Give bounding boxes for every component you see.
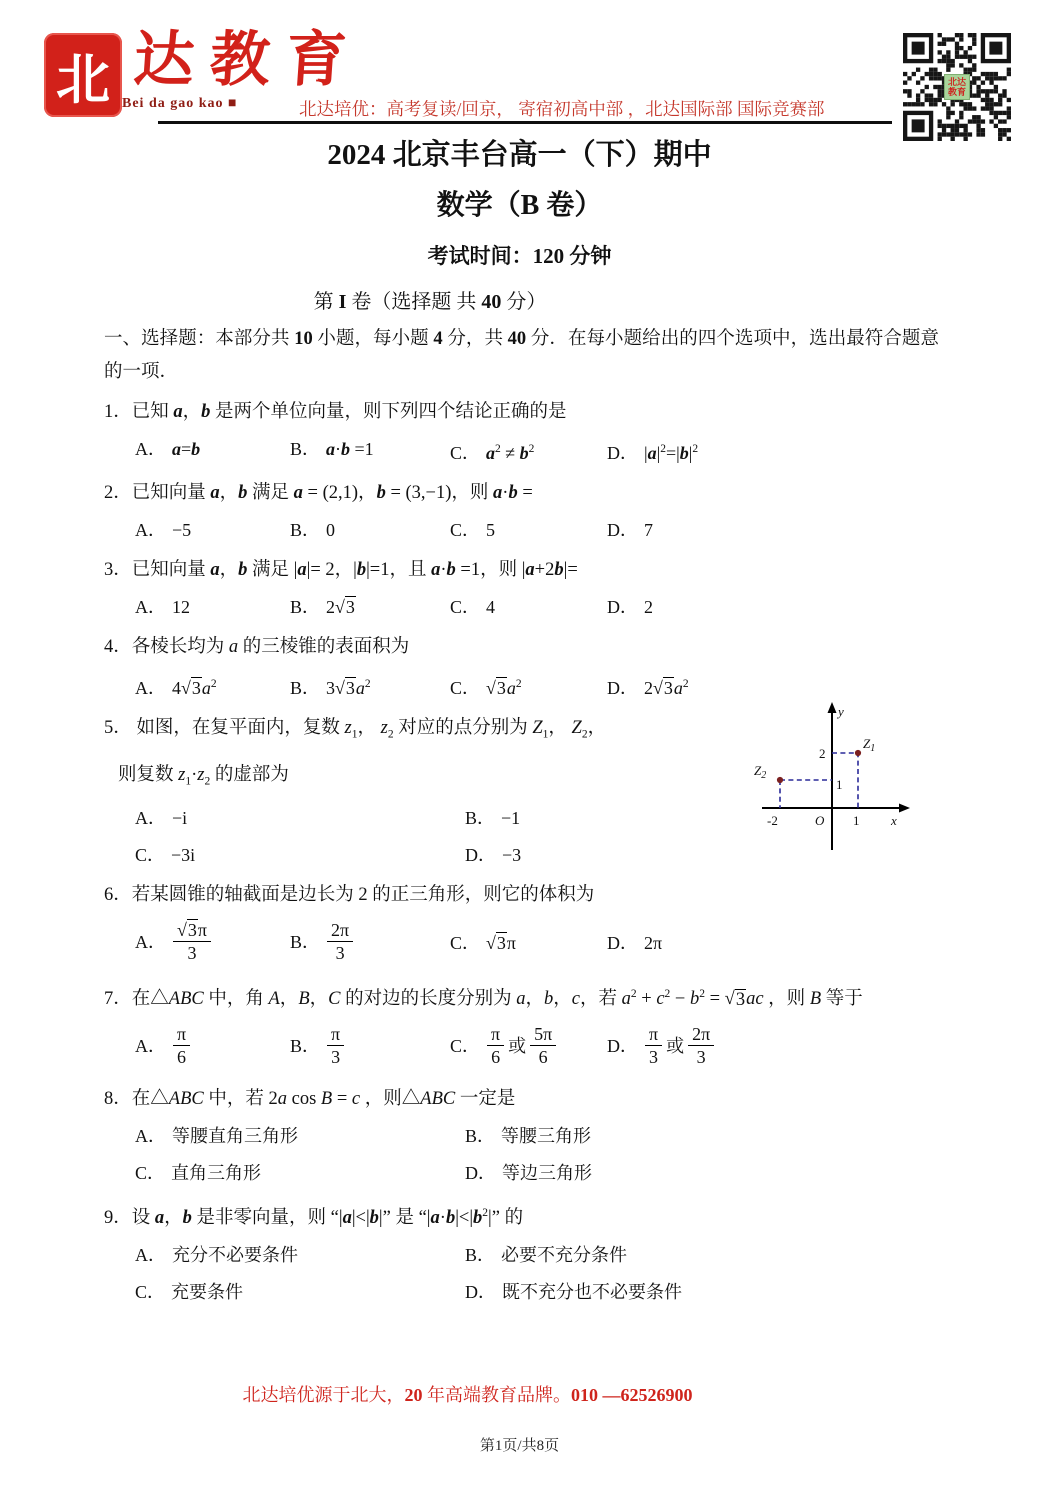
q1-option-d: D．|a|2=|b|2 [607, 432, 989, 470]
option-text: √3π [486, 932, 516, 953]
option-text: 0 [326, 520, 335, 540]
q9-options-row2: C．充要条件 D．既不充分也不必要条件 [135, 1275, 989, 1309]
question-6: 6．若某圆锥的轴截面是边长为 2 的正三角形，则它的体积为 A．√3π3 B．2… [104, 879, 989, 971]
logo-script: 达教育 [131, 24, 364, 96]
option-label: C． [450, 520, 480, 540]
option-text: 12 [172, 597, 190, 617]
option-text: 2√3 [326, 596, 356, 617]
option-text: 充分不必要条件 [172, 1245, 298, 1265]
fraction-numerator: 5π [530, 1024, 556, 1046]
q2-option-c: C．5 [450, 513, 607, 547]
option-label: B． [290, 520, 320, 540]
option-text: |a|2=|b|2 [644, 443, 698, 463]
logo-pinyin: Bei da gao kao ■ [122, 96, 237, 112]
option-text: 必要不充分条件 [501, 1245, 627, 1265]
q2-stem: 2．已知向量 a，b 满足 a = (2,1)，b = (3,−1)，则 a·b… [104, 477, 989, 510]
option-text: 5 [486, 520, 495, 540]
q8-option-d: D．等边三角形 [465, 1156, 989, 1190]
fraction: π3 [645, 1024, 662, 1067]
logo-seal: 北 [44, 33, 122, 117]
q5-figure: y x O 2 1 -2 1 Z1 Z2 [752, 698, 920, 858]
q2-option-a: A．−5 [135, 513, 290, 547]
q3-option-a: A．12 [135, 590, 290, 624]
fraction-denominator: 3 [187, 942, 196, 963]
qr-center-label: 北达 教育 [944, 74, 970, 100]
fraction-numerator: π [327, 1024, 344, 1046]
label-z2: Z2 [754, 763, 766, 781]
q2-option-b: B．0 [290, 513, 450, 547]
option-label: C． [135, 1163, 165, 1183]
option-label: A． [135, 1036, 166, 1056]
q8-options-row2: C．直角三角形 D．等边三角形 [135, 1156, 989, 1190]
exam-body: 2024 北京丰台高一（下）期中 数学（B 卷） 考试时间：120 分钟 第 I… [0, 136, 1039, 1309]
question-2: 2．已知向量 a，b 满足 a = (2,1)，b = (3,−1)，则 a·b… [104, 477, 989, 547]
option-label: D． [465, 1282, 496, 1302]
option-text: 2π [644, 933, 662, 953]
q7-option-b: B．π3 [290, 1026, 450, 1069]
option-text: 等边三角形 [502, 1163, 592, 1183]
question-4: 4．各棱长均为 a 的三棱锥的表面积为 A．4√3a2 B．3√3a2 C．√3… [104, 631, 989, 705]
header-divider [158, 121, 892, 124]
q6-options: A．√3π3 B．2π3 C．√3π D．2π [135, 915, 989, 971]
instructions: 一、选择题：本部分共 10 小题，每小题 4 分，共 40 分．在每小题给出的四… [104, 323, 939, 389]
q9-option-c: C．充要条件 [135, 1275, 465, 1309]
q8-option-c: C．直角三角形 [135, 1156, 465, 1190]
q1-option-a: A．a=b [135, 432, 290, 470]
option-text: 既不充分也不必要条件 [502, 1282, 682, 1302]
option-label: D． [465, 845, 496, 865]
option-text: √3a2 [486, 678, 522, 698]
or-text: 或 [666, 1036, 684, 1056]
option-label: C． [450, 933, 480, 953]
origin-label: O [815, 813, 825, 828]
option-label: D． [607, 1036, 638, 1056]
option-label: B． [465, 808, 495, 828]
qr-label-line2: 教育 [948, 87, 966, 97]
q6-option-c: C．√3π [450, 926, 607, 960]
option-label: D． [607, 443, 638, 463]
option-label: B． [290, 439, 320, 459]
axis-label-y: y [836, 704, 844, 719]
q9-options-row1: A．充分不必要条件 B．必要不充分条件 [135, 1238, 989, 1272]
q3-option-d: D．2 [607, 590, 989, 624]
option-text: −5 [172, 520, 191, 540]
exam-duration: 考试时间：120 分钟 [0, 242, 1039, 270]
fraction-denominator: 3 [649, 1046, 658, 1067]
option-label: C． [450, 1036, 480, 1056]
q7-option-c: C．π6或5π6 [450, 1026, 607, 1069]
option-label: A． [135, 1245, 166, 1265]
q9-option-b: B．必要不充分条件 [465, 1238, 989, 1272]
fraction-numerator: π [645, 1024, 662, 1046]
page-number: 第1页/共8页 [0, 1434, 1039, 1455]
option-label: D． [607, 933, 638, 953]
footer-promo: 北达培优源于北大，20 年高端教育品牌。010 —62526900 [0, 1381, 935, 1407]
option-text: 7 [644, 520, 653, 540]
q3-option-b: B．2√3 [290, 590, 450, 624]
option-label: C． [450, 443, 480, 463]
q5-option-c: C．−3i [135, 838, 465, 872]
question-7: 7．在△ABC 中，角 A，B，C 的对边的长度分别为 a，b，c，若 a2 +… [104, 978, 989, 1075]
q1-stem: 1．已知 a，b 是两个单位向量，则下列四个结论正确的是 [104, 396, 989, 429]
point-z1 [855, 750, 861, 756]
q3-options: A．12 B．2√3 C．4 D．2 [135, 590, 989, 624]
option-label: A． [135, 932, 166, 952]
fraction-denominator: 3 [697, 1046, 706, 1067]
option-text: 2√3a2 [644, 678, 689, 698]
logo-seal-char: 北 [56, 37, 110, 114]
q7-stem: 7．在△ABC 中，角 A，B，C 的对边的长度分别为 a，b，c，若 a2 +… [104, 978, 989, 1016]
q9-stem: 9．设 a，b 是非零向量，则 “|a|<|b|” 是 “|a·b|<|b2|”… [104, 1197, 989, 1235]
q8-options-row1: A．等腰直角三角形 B．等腰三角形 [135, 1119, 989, 1153]
question-8: 8．在△ABC 中，若 2a cos B = c ，则△ABC 一定是 A．等腰… [104, 1083, 989, 1190]
fraction-numerator: π [487, 1024, 504, 1046]
option-label: A． [135, 439, 166, 459]
or-text: 或 [508, 1036, 526, 1056]
q6-stem: 6．若某圆锥的轴截面是边长为 2 的正三角形，则它的体积为 [104, 879, 989, 912]
qr-label-line1: 北达 [948, 77, 966, 87]
fraction-denominator: 3 [336, 942, 345, 963]
option-text: 4√3a2 [172, 678, 217, 698]
q5-option-a: A．−i [135, 801, 465, 835]
option-text: −3 [502, 845, 521, 865]
q1-options: A．a=b B．a·b =1 C．a2 ≠ b2 D．|a|2=|b|2 [135, 432, 989, 470]
exam-title: 2024 北京丰台高一（下）期中 [0, 136, 1039, 174]
q8-option-b: B．等腰三角形 [465, 1119, 989, 1153]
fraction: 2π3 [327, 920, 353, 963]
q4-option-a: A．4√3a2 [135, 667, 290, 705]
q1-option-c: C．a2 ≠ b2 [450, 432, 607, 470]
fraction: π6 [487, 1024, 504, 1067]
option-label: C． [135, 1282, 165, 1302]
point-z2 [777, 777, 783, 783]
fraction: π3 [327, 1024, 344, 1067]
option-label: D． [607, 678, 638, 698]
tick-x-1: 1 [853, 813, 860, 828]
q1-option-b: B．a·b =1 [290, 432, 450, 470]
x-axis-arrow [899, 804, 910, 813]
option-label: C． [135, 845, 165, 865]
option-label: D． [607, 597, 638, 617]
q4-stem: 4．各棱长均为 a 的三棱锥的表面积为 [104, 631, 989, 664]
q7-option-d: D．π3或2π3 [607, 1026, 989, 1069]
fraction-denominator: 6 [491, 1046, 500, 1067]
fraction-numerator: π [173, 1024, 190, 1046]
option-text: 2 [644, 597, 653, 617]
q4-option-c: C．√3a2 [450, 667, 607, 705]
fraction-denominator: 6 [177, 1046, 186, 1067]
qr-code: 北达 教育 [903, 33, 1011, 141]
option-text: a=b [172, 439, 200, 459]
option-label: A． [135, 597, 166, 617]
q9-option-d: D．既不充分也不必要条件 [465, 1275, 989, 1309]
q6-option-a: A．√3π3 [135, 922, 290, 965]
q9-option-a: A．充分不必要条件 [135, 1238, 465, 1272]
option-text: 3√3a2 [326, 678, 371, 698]
option-label: A． [135, 520, 166, 540]
option-label: B． [465, 1245, 495, 1265]
option-text: 直角三角形 [171, 1163, 261, 1183]
q6-option-d: D．2π [607, 926, 989, 960]
exam-page: 北 达教育 Bei da gao kao ■ 北达培优：高考复读/回京， 寄宿初… [0, 0, 1039, 1512]
option-label: B． [290, 932, 320, 952]
q3-option-c: C．4 [450, 590, 607, 624]
option-label: B． [290, 597, 320, 617]
fraction-numerator: 2π [688, 1024, 714, 1046]
fraction-numerator: √3π [173, 920, 211, 942]
question-3: 3．已知向量 a，b 满足 |a|= 2，|b|=1，且 a·b =1，则 |a… [104, 554, 989, 624]
q7-option-a: A．π6 [135, 1026, 290, 1069]
option-text: −3i [171, 845, 195, 865]
option-label: B． [290, 1036, 320, 1056]
option-label: B． [290, 678, 320, 698]
tick-y-1: 1 [836, 777, 843, 792]
q3-stem: 3．已知向量 a，b 满足 |a|= 2，|b|=1，且 a·b =1，则 |a… [104, 554, 989, 587]
option-text: −i [172, 808, 187, 828]
option-text: 4 [486, 597, 495, 617]
q8-option-a: A．等腰直角三角形 [135, 1119, 465, 1153]
exam-subject: 数学（B 卷） [0, 188, 1039, 224]
q6-option-b: B．2π3 [290, 922, 450, 965]
header-tagline: 北达培优：高考复读/回京， 寄宿初高中部 ，北达国际部 国际竞赛部 [299, 96, 825, 121]
q2-option-d: D．7 [607, 513, 989, 547]
fraction: π6 [173, 1024, 190, 1067]
option-label: A． [135, 808, 166, 828]
option-text: 充要条件 [171, 1282, 243, 1302]
fraction-numerator: 2π [327, 920, 353, 942]
option-label: A． [135, 1126, 166, 1146]
fraction: 2π3 [688, 1024, 714, 1067]
y-axis-arrow [828, 702, 837, 713]
option-label: B． [465, 1126, 495, 1146]
q4-option-b: B．3√3a2 [290, 667, 450, 705]
fraction-denominator: 6 [539, 1046, 548, 1067]
fraction: √3π3 [173, 920, 211, 963]
tick-x-neg2: -2 [767, 813, 778, 828]
tick-y-2: 2 [819, 746, 826, 761]
question-1: 1．已知 a，b 是两个单位向量，则下列四个结论正确的是 A．a=b B．a·b… [104, 396, 989, 470]
q5-figure-svg: y x O 2 1 -2 1 Z1 Z2 [752, 698, 920, 858]
option-text: 等腰直角三角形 [172, 1126, 298, 1146]
option-label: C． [450, 597, 480, 617]
question-5: 5． 如图，在复平面内，复数 z1， z2 对应的点分别为 Z1， Z2， 则复… [104, 712, 989, 872]
fraction: 5π6 [530, 1024, 556, 1067]
q2-options: A．−5 B．0 C．5 D．7 [135, 513, 989, 547]
option-text: a2 ≠ b2 [486, 443, 534, 463]
fraction-denominator: 3 [331, 1046, 340, 1067]
option-text: −1 [501, 808, 520, 828]
option-label: A． [135, 678, 166, 698]
option-label: D． [465, 1163, 496, 1183]
option-text: a·b =1 [326, 439, 374, 459]
option-text: 等腰三角形 [501, 1126, 591, 1146]
question-9: 9．设 a，b 是非零向量，则 “|a|<|b|” 是 “|a·b|<|b2|”… [104, 1197, 989, 1309]
option-label: D． [607, 520, 638, 540]
axis-label-x: x [890, 813, 897, 828]
section-title: 第 I 卷（选择题 共 40 分） [0, 289, 860, 315]
q7-options: A．π6 B．π3 C．π6或5π6 D．π3或2π3 [135, 1020, 989, 1076]
q8-stem: 8．在△ABC 中，若 2a cos B = c ，则△ABC 一定是 [104, 1083, 989, 1116]
label-z1: Z1 [863, 736, 875, 754]
option-label: C． [450, 678, 480, 698]
